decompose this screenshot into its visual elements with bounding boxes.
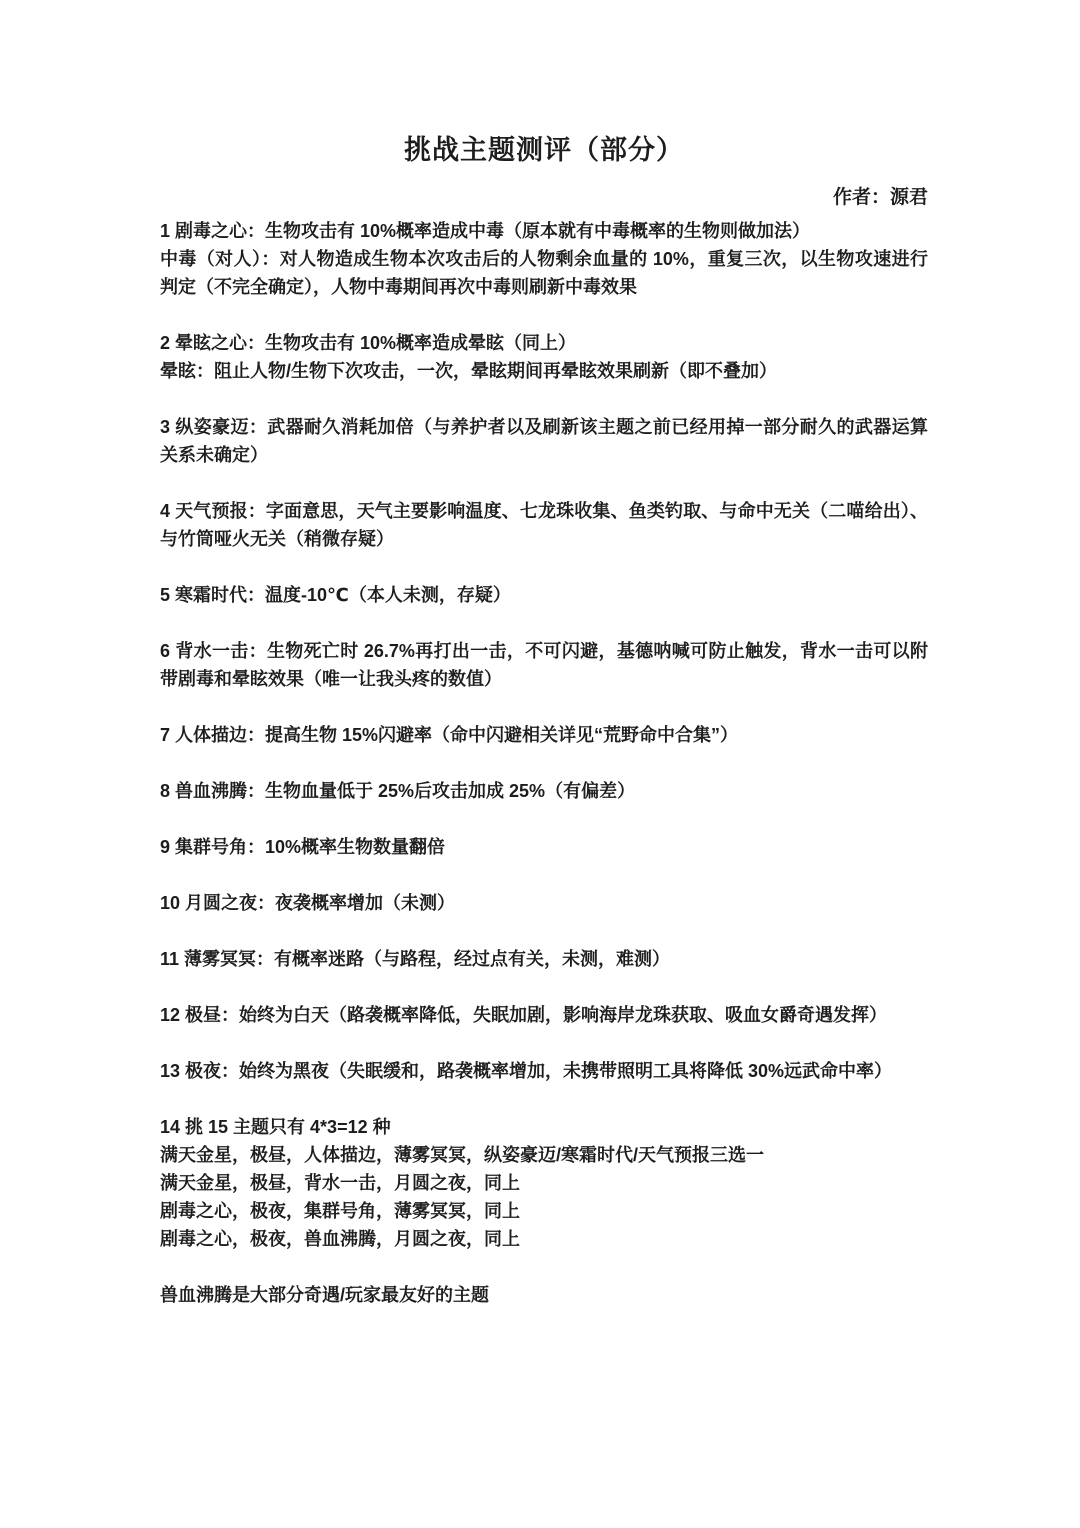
document-title: 挑战主题测评（部分） xyxy=(160,133,928,167)
section-paragraph: 12 极昼：始终为白天（路袭概率降低，失眠加剧，影响海岸龙珠获取、吸血女爵奇遇发… xyxy=(160,1001,928,1029)
section-paragraph: 5 寒霜时代：温度-10℃（本人未测，存疑） xyxy=(160,581,928,609)
section-paragraph: 11 薄雾冥冥：有概率迷路（与路程，经过点有关，未测，难测） xyxy=(160,945,928,973)
section-paragraph: 13 极夜：始终为黑夜（失眠缓和，路袭概率增加，未携带照明工具将降低 30%远武… xyxy=(160,1057,928,1085)
section-paragraph: 4 天气预报：字面意思，天气主要影响温度、七龙珠收集、鱼类钓取、与命中无关（二喵… xyxy=(160,497,928,553)
section-paragraph: 2 晕眩之心：生物攻击有 10%概率造成晕眩（同上）晕眩：阻止人物/生物下次攻击… xyxy=(160,329,928,385)
author-line: 作者：源君 xyxy=(160,183,928,213)
document-body: 1 剧毒之心：生物攻击有 10%概率造成中毒（原本就有中毒概率的生物则做加法）中… xyxy=(160,217,928,1309)
document-page: 挑战主题测评（部分） 作者：源君 1 剧毒之心：生物攻击有 10%概率造成中毒（… xyxy=(0,0,1080,1528)
section-paragraph: 3 纵姿豪迈：武器耐久消耗加倍（与养护者以及刷新该主题之前已经用掉一部分耐久的武… xyxy=(160,413,928,469)
section-paragraph: 8 兽血沸腾：生物血量低于 25%后攻击加成 25%（有偏差） xyxy=(160,777,928,805)
section-paragraph: 9 集群号角：10%概率生物数量翻倍 xyxy=(160,833,928,861)
section-paragraph: 兽血沸腾是大部分奇遇/玩家最友好的主题 xyxy=(160,1281,928,1309)
section-paragraph: 1 剧毒之心：生物攻击有 10%概率造成中毒（原本就有中毒概率的生物则做加法）中… xyxy=(160,217,928,301)
section-paragraph: 6 背水一击：生物死亡时 26.7%再打出一击，不可闪避，基德呐喊可防止触发，背… xyxy=(160,637,928,693)
section-paragraph: 14 挑 15 主题只有 4*3=12 种满天金星，极昼，人体描边，薄雾冥冥，纵… xyxy=(160,1113,928,1253)
section-paragraph: 10 月圆之夜：夜袭概率增加（未测） xyxy=(160,889,928,917)
section-paragraph: 7 人体描边：提高生物 15%闪避率（命中闪避相关详见“荒野命中合集”） xyxy=(160,721,928,749)
